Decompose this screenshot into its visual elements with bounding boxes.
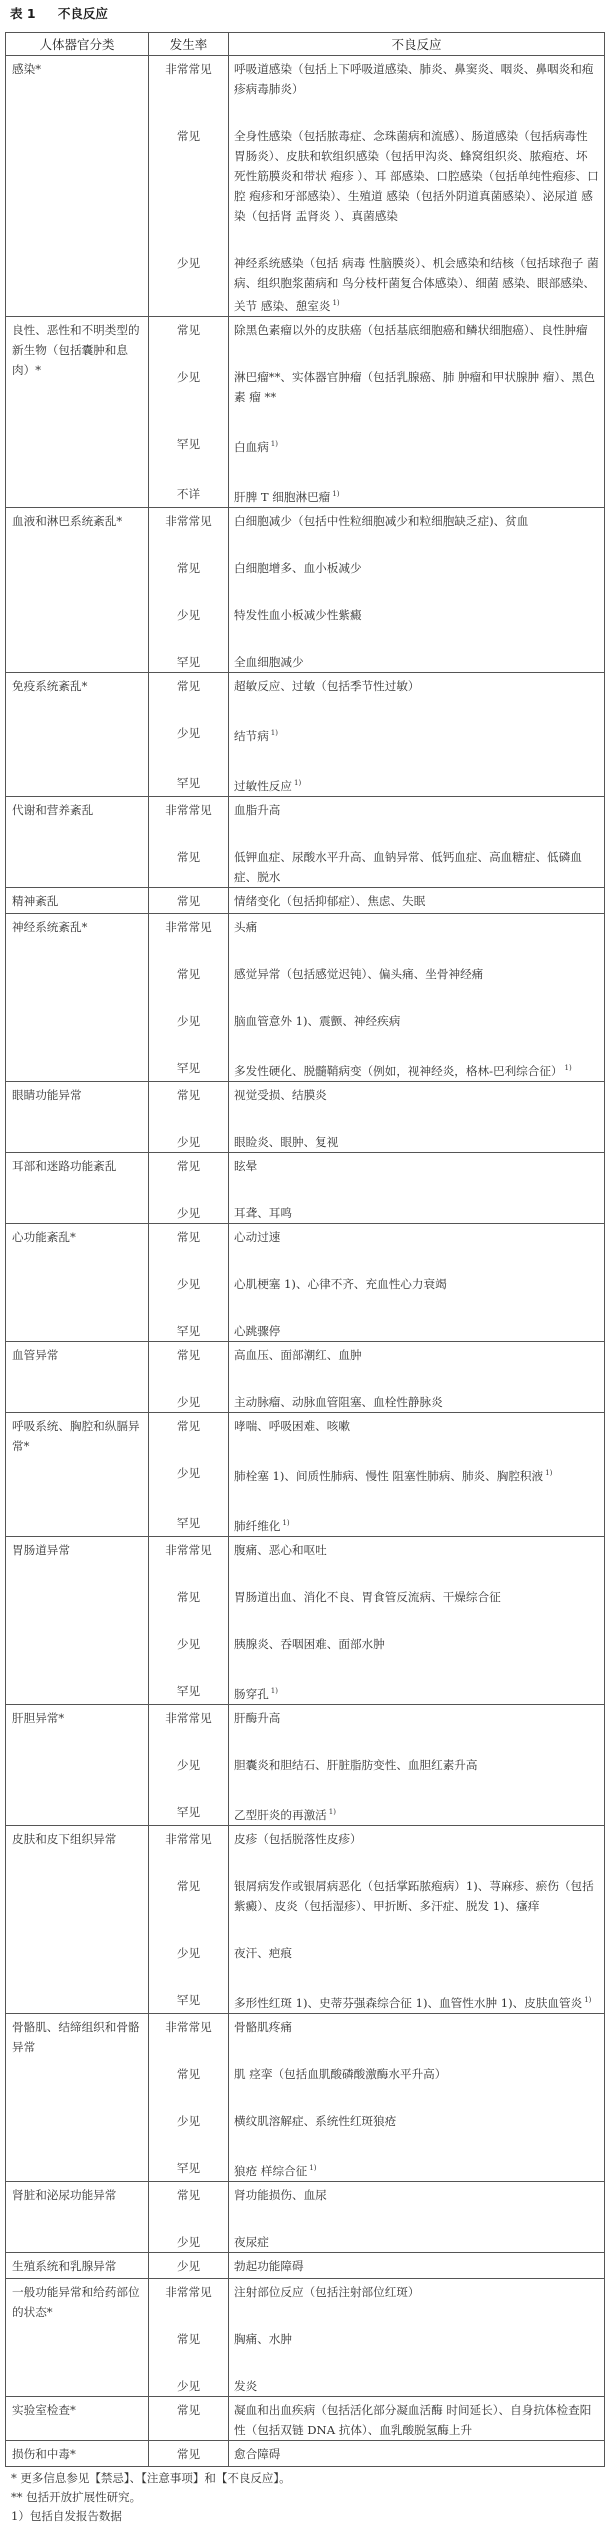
adverse-reaction-entry: 肠穿孔1): [229, 1678, 604, 1704]
adverse-reaction-entry: 高血压、面部潮红、血肿: [229, 1342, 604, 1365]
row-spacer: [229, 1849, 604, 1873]
adverse-reaction-text: 勃起功能障碍: [234, 2259, 304, 2273]
frequency-label: 少见: [149, 1940, 228, 1963]
table-row: 血液和淋巴系统紊乱*非常常见常见少见罕见白细胞减少（包括中性粒细胞减少和粒细胞缺…: [6, 508, 605, 673]
frequency-cell: 常见少见罕见: [149, 1413, 229, 1537]
adverse-reaction-entry: 心动过速: [229, 1224, 604, 1247]
adverse-reaction-entry: 夜汗、疤痕: [229, 1940, 604, 1963]
frequency-label: 少见: [149, 2108, 228, 2131]
footnote-double-asterisk: ** 包括开放扩展性研究。: [11, 2488, 604, 2507]
organ-class-cell: 肾脏和泌尿功能异常: [6, 2182, 149, 2253]
adverse-reaction-cell: 愈合障碍: [229, 2441, 605, 2467]
adverse-reaction-text: 感觉异常（包括感觉迟钝）、偏头痛、坐骨神经痛: [234, 967, 483, 981]
row-spacer: [229, 1916, 604, 1940]
adverse-reaction-text: 狼疮 样综合征: [234, 2164, 307, 2178]
adverse-reaction-entry: 超敏反应、过敏（包括季节性过敏）: [229, 673, 604, 696]
organ-class-cell: 眼睛功能异常: [6, 1082, 149, 1153]
frequency-label: 少见: [149, 1008, 228, 1031]
footnote-marker: 1): [309, 2164, 316, 2172]
table-row: 血管异常常见少见高血压、面部潮红、血肿主动脉瘤、动脉血管阻塞、血栓性静脉炎: [6, 1342, 605, 1413]
adverse-reaction-cell: 除黑色素瘤以外的皮肤癌（包括基底细胞癌和鳞状细胞癌）、良性肿瘤淋巴瘤**、实体器…: [229, 317, 605, 508]
row-spacer: [149, 226, 228, 250]
row-spacer: [229, 820, 604, 844]
organ-class-cell: 心功能紊乱*: [6, 1224, 149, 1342]
frequency-label: 常见: [149, 1342, 228, 1365]
adverse-reaction-entry: 胸痛、水肿: [229, 2326, 604, 2349]
adverse-reaction-entry: 注射部位反应（包括注射部位红斑）: [229, 2279, 604, 2302]
frequency-cell: 少见: [149, 2253, 229, 2279]
frequency-label: 少见: [149, 1460, 228, 1486]
adverse-reaction-text: 高血压、面部潮红、血肿: [234, 1348, 362, 1362]
adverse-reaction-text: 肺纤维化: [234, 1519, 280, 1533]
adverse-reaction-entry: 神经系统感染（包括 病毒 性脑膜炎）、机会感染和结核（包括球孢子 菌 病、组织胞…: [229, 250, 604, 316]
footnote-marker: 1): [565, 1064, 572, 1072]
adverse-reaction-text: 白血病: [234, 440, 269, 454]
table-caption: 表 1 不良反应: [10, 6, 604, 22]
frequency-cell: 常见少见罕见: [149, 1224, 229, 1342]
row-spacer: [149, 625, 228, 649]
adverse-reaction-cell: 腹痛、恶心和呕吐胃肠道出血、消化不良、胃食管反流病、干燥综合征胰腺炎、吞咽困难、…: [229, 1537, 605, 1705]
frequency-label: 常见: [149, 1082, 228, 1105]
adverse-reaction-text: 心肌梗塞 1)、心律不齐、充血性心力衰竭: [234, 1277, 447, 1291]
frequency-label: 非常常见: [149, 914, 228, 937]
row-spacer: [149, 578, 228, 602]
frequency-label: 少见: [149, 2373, 228, 2396]
adverse-reaction-cell: 血脂升高低钾血症、尿酸水平升高、血钠异常、低钙血症、高血糖症、低磷血症、脱水: [229, 797, 605, 888]
frequency-label: 常见: [149, 2441, 228, 2464]
frequency-cell: 常见: [149, 888, 229, 914]
adverse-reaction-entry: 心跳骤停: [229, 1318, 604, 1341]
frequency-label: 非常常见: [149, 1705, 228, 1728]
adverse-reaction-text: 多形性红斑 1)、史蒂芬强森综合征 1)、血管性水肿 1)、皮肤血管炎: [234, 1996, 582, 2010]
organ-class-cell: 一般功能异常和给药部位的状态*: [6, 2279, 149, 2397]
row-spacer: [149, 984, 228, 1008]
table-row: 生殖系统和乳腺异常少见勃起功能障碍: [6, 2253, 605, 2279]
adverse-reaction-entry: 肺栓塞 1)、间质性肺病、慢性 阻塞性肺病、肺炎、胸腔积液1): [229, 1460, 604, 1486]
row-spacer: [149, 2349, 228, 2373]
frequency-label: 少见: [149, 1200, 228, 1223]
frequency-label: 少见: [149, 364, 228, 407]
row-spacer: [229, 696, 604, 720]
organ-class-cell: 耳部和迷路功能紊乱: [6, 1153, 149, 1224]
frequency-label: 少见: [149, 1631, 228, 1654]
row-spacer: [149, 1486, 228, 1510]
adverse-reaction-text: 胸痛、水肿: [234, 2332, 292, 2346]
adverse-reaction-text: 凝血和出血疾病（包括活化部分凝血活酶 时间延长）、自身抗体检查阳性（包括双链 D…: [234, 2403, 591, 2437]
adverse-reactions-table: 人体器官分类 发生率 不良反应 感染*非常常见常见少见呼吸道感染（包括上下呼吸道…: [5, 32, 605, 2467]
frequency-cell: 非常常见常见少见罕见: [149, 508, 229, 673]
frequency-label: 常见: [149, 123, 228, 226]
adverse-reaction-entry: 全身性感染（包括脓毒症、念珠菌病和流感）、肠道感染（包括病毒性胃肠炎）、皮肤和软…: [229, 123, 604, 226]
table-title: 不良反应: [58, 6, 108, 21]
row-spacer: [229, 1963, 604, 1987]
row-spacer: [229, 2205, 604, 2229]
frequency-cell: 非常常见常见少见: [149, 56, 229, 317]
adverse-reaction-entry: 哮喘、呼吸困难、咳嗽: [229, 1413, 604, 1436]
adverse-reaction-text: 呼吸道感染（包括上下呼吸道感染、肺炎、鼻窦炎、咽炎、鼻咽炎和疱疹病毒肺炎）: [234, 62, 593, 96]
organ-class-cell: 血液和淋巴系统紊乱*: [6, 508, 149, 673]
row-spacer: [229, 1105, 604, 1129]
adverse-reaction-text: 超敏反应、过敏（包括季节性过敏）: [234, 679, 420, 693]
adverse-reaction-entry: 皮疹（包括脱落性皮疹）: [229, 1826, 604, 1849]
row-spacer: [149, 1775, 228, 1799]
adverse-reaction-entry: 脑血管意外 1)、震颤、神经疾病: [229, 1008, 604, 1031]
adverse-reaction-text: 结节病: [234, 729, 269, 743]
adverse-reaction-entry: 低钾血症、尿酸水平升高、血钠异常、低钙血症、高血糖症、低磷血症、脱水: [229, 844, 604, 887]
row-spacer: [149, 1607, 228, 1631]
table-row: 呼吸系统、胸腔和纵膈异常*常见少见罕见哮喘、呼吸困难、咳嗽肺栓塞 1)、间质性肺…: [6, 1413, 605, 1537]
frequency-cell: 常见: [149, 2441, 229, 2467]
adverse-reaction-cell: 皮疹（包括脱落性皮疹）银屑病发作或银屑病恶化（包括掌跖脓疱病）1)、荨麻疹、瘀伤…: [229, 1826, 605, 2014]
frequency-cell: 常见少见罕见不详: [149, 317, 229, 508]
frequency-cell: 非常常见常见少见罕见: [149, 1826, 229, 2014]
footnote-marker: 1): [271, 440, 278, 448]
adverse-reaction-text: 胃肠道出血、消化不良、胃食管反流病、干燥综合征: [234, 1590, 501, 1604]
adverse-reaction-entry: 结节病1): [229, 720, 604, 746]
adverse-reaction-entry: 血脂升高: [229, 797, 604, 820]
adverse-reaction-entry: 乙型肝炎的再激活1): [229, 1799, 604, 1825]
adverse-reaction-entry: 凝血和出血疾病（包括活化部分凝血活酶 时间延长）、自身抗体检查阳性（包括双链 D…: [229, 2397, 604, 2440]
frequency-label: 常见: [149, 1873, 228, 1916]
organ-class-cell: 神经系统紊乱*: [6, 914, 149, 1082]
row-spacer: [229, 2349, 604, 2373]
footnote-spontaneous-reports: 1）包括自发报告数据: [11, 2507, 604, 2526]
row-spacer: [149, 407, 228, 431]
table-row: 胃肠道异常非常常见常见少见罕见腹痛、恶心和呕吐胃肠道出血、消化不良、胃食管反流病…: [6, 1537, 605, 1705]
adverse-reaction-text: 肌 痉挛（包括血肌酸磷酸激酶水平升高）: [234, 2067, 446, 2081]
adverse-reaction-text: 银屑病发作或银屑病恶化（包括掌跖脓疱病）1)、荨麻疹、瘀伤（包括紫癜）、皮炎（包…: [234, 1879, 594, 1913]
footnote-marker: 1): [271, 729, 278, 737]
adverse-reaction-text: 横纹肌溶解症、系统性红斑狼疮: [234, 2114, 396, 2128]
footnote-marker: 1): [584, 1996, 591, 2004]
frequency-label: 罕见: [149, 1510, 228, 1536]
adverse-reaction-entry: 银屑病发作或银屑病恶化（包括掌跖脓疱病）1)、荨麻疹、瘀伤（包括紫癜）、皮炎（包…: [229, 1873, 604, 1916]
row-spacer: [149, 1963, 228, 1987]
footnote-marker: 1): [332, 490, 339, 498]
organ-class-cell: 骨骼肌、结缔组织和骨骼异常: [6, 2014, 149, 2182]
frequency-label: 常见: [149, 1584, 228, 1607]
adverse-reaction-entry: 多发性硬化、脱髓鞘病变（例如，视神经炎，格林-巴利综合征）1): [229, 1055, 604, 1081]
adverse-reaction-cell: 注射部位反应（包括注射部位红斑）胸痛、水肿发炎: [229, 2279, 605, 2397]
adverse-reaction-entry: 情绪变化（包括抑郁症）、焦虑、失眠: [229, 888, 604, 911]
row-spacer: [229, 1176, 604, 1200]
adverse-reaction-text: 心动过速: [234, 1230, 280, 1244]
adverse-reaction-text: 腹痛、恶心和呕吐: [234, 1543, 327, 1557]
frequency-label: 少见: [149, 602, 228, 625]
adverse-reaction-cell: 白细胞减少（包括中性粒细胞减少和粒细胞缺乏症)、贫血白细胞增多、血小板减少特发性…: [229, 508, 605, 673]
row-spacer: [149, 1105, 228, 1129]
organ-class-cell: 胃肠道异常: [6, 1537, 149, 1705]
frequency-label: 少见: [149, 250, 228, 316]
row-spacer: [149, 1654, 228, 1678]
frequency-label: 非常常见: [149, 797, 228, 820]
row-spacer: [229, 1775, 604, 1799]
adverse-reaction-cell: 肝酶升高胆囊炎和胆结石、肝脏脂肪变性、血胆红素升高乙型肝炎的再激活1): [229, 1705, 605, 1826]
footnote-marker: 1): [545, 1469, 552, 1477]
organ-class-cell: 精神紊乱: [6, 888, 149, 914]
frequency-label: 常见: [149, 2326, 228, 2349]
header-adverse-reaction: 不良反应: [229, 33, 605, 56]
row-spacer: [229, 407, 604, 431]
footnote-marker: 1): [294, 779, 301, 787]
adverse-reaction-text: 头痛: [234, 920, 257, 934]
frequency-label: 罕见: [149, 1799, 228, 1825]
frequency-label: 非常常见: [149, 2014, 228, 2037]
frequency-label: 罕见: [149, 649, 228, 672]
table-row: 良性、恶性和不明类型的新生物（包括囊肿和息肉）*常见少见罕见不详除黑色素瘤以外的…: [6, 317, 605, 508]
adverse-reaction-text: 肝酶升高: [234, 1711, 280, 1725]
frequency-cell: 非常常见常见少见罕见: [149, 1537, 229, 1705]
row-spacer: [229, 99, 604, 123]
adverse-reaction-cell: 情绪变化（包括抑郁症）、焦虑、失眠: [229, 888, 605, 914]
frequency-label: 常见: [149, 2182, 228, 2205]
frequency-label: 非常常见: [149, 1826, 228, 1849]
frequency-label: 常见: [149, 961, 228, 984]
frequency-label: 常见: [149, 2397, 228, 2440]
adverse-reaction-text: 肠穿孔: [234, 1687, 269, 1701]
frequency-label: 罕见: [149, 1987, 228, 2013]
adverse-reaction-text: 肺栓塞 1)、间质性肺病、慢性 阻塞性肺病、肺炎、胸腔积液: [234, 1469, 543, 1483]
table-row: 心功能紊乱*常见少见罕见心动过速心肌梗塞 1)、心律不齐、充血性心力衰竭心跳骤停: [6, 1224, 605, 1342]
table-row: 骨骼肌、结缔组织和骨骼异常非常常见常见少见罕见骨骼肌疼痛肌 痉挛（包括血肌酸磷酸…: [6, 2014, 605, 2182]
adverse-reaction-entry: 横纹肌溶解症、系统性红斑狼疮: [229, 2108, 604, 2131]
row-spacer: [229, 625, 604, 649]
adverse-reaction-text: 胆囊炎和胆结石、肝脏脂肪变性、血胆红素升高: [234, 1758, 477, 1772]
page: 表 1 不良反应 人体器官分类 发生率 不良反应 感染*非常常见常见少见呼吸道感…: [0, 0, 609, 2536]
frequency-label: 少见: [149, 1389, 228, 1412]
table-row: 免疫系统紊乱*常见少见罕见超敏反应、过敏（包括季节性过敏）结节病1)过敏性反应1…: [6, 673, 605, 797]
organ-class-cell: 代谢和营养紊乱: [6, 797, 149, 888]
adverse-reaction-cell: 呼吸道感染（包括上下呼吸道感染、肺炎、鼻窦炎、咽炎、鼻咽炎和疱疹病毒肺炎）全身性…: [229, 56, 605, 317]
adverse-reaction-entry: 耳聋、耳鸣: [229, 1200, 604, 1223]
table-row: 肝胆异常*非常常见少见罕见肝酶升高胆囊炎和胆结石、肝脏脂肪变性、血胆红素升高乙型…: [6, 1705, 605, 1826]
organ-class-cell: 实验室检查*: [6, 2397, 149, 2441]
adverse-reaction-text: 情绪变化（包括抑郁症）、焦虑、失眠: [234, 894, 425, 908]
frequency-cell: 常见少见: [149, 1153, 229, 1224]
footnote-marker: 1): [329, 1808, 336, 1816]
adverse-reaction-entry: 胰腺炎、吞咽困难、面部水肿: [229, 1631, 604, 1654]
table-row: 精神紊乱常见情绪变化（包括抑郁症）、焦虑、失眠: [6, 888, 605, 914]
adverse-reaction-text: 神经系统感染（包括 病毒 性脑膜炎）、机会感染和结核（包括球孢子 菌 病、组织胞…: [234, 256, 599, 313]
table-row: 皮肤和皮下组织异常非常常见常见少见罕见皮疹（包括脱落性皮疹）银屑病发作或银屑病恶…: [6, 1826, 605, 2014]
row-spacer: [229, 578, 604, 602]
adverse-reaction-text: 愈合障碍: [234, 2447, 280, 2461]
adverse-reaction-text: 眩晕: [234, 1159, 257, 1173]
row-spacer: [149, 1247, 228, 1271]
adverse-reaction-entry: 除黑色素瘤以外的皮肤癌（包括基底细胞癌和鳞状细胞癌）、良性肿瘤: [229, 317, 604, 340]
adverse-reaction-text: 皮疹（包括脱落性皮疹）: [234, 1832, 362, 1846]
frequency-label: 非常常见: [149, 1537, 228, 1560]
adverse-reaction-entry: 全血细胞减少: [229, 649, 604, 672]
table-body: 感染*非常常见常见少见呼吸道感染（包括上下呼吸道感染、肺炎、鼻窦炎、咽炎、鼻咽炎…: [6, 56, 605, 2467]
adverse-reaction-entry: 发炎: [229, 2373, 604, 2396]
frequency-label: 少见: [149, 2253, 228, 2276]
adverse-reaction-text: 夜尿症: [234, 2235, 269, 2249]
row-spacer: [229, 2037, 604, 2061]
organ-class-cell: 呼吸系统、胸腔和纵膈异常*: [6, 1413, 149, 1537]
adverse-reaction-cell: 超敏反应、过敏（包括季节性过敏）结节病1)过敏性反应1): [229, 673, 605, 797]
frequency-cell: 非常常见少见罕见: [149, 1705, 229, 1826]
adverse-reaction-entry: 胃肠道出血、消化不良、胃食管反流病、干燥综合征: [229, 1584, 604, 1607]
row-spacer: [229, 984, 604, 1008]
adverse-reaction-text: 乙型肝炎的再激活: [234, 1808, 327, 1822]
adverse-reaction-entry: 肾功能损伤、血尿: [229, 2182, 604, 2205]
adverse-reaction-entry: 过敏性反应1): [229, 770, 604, 796]
organ-class-cell: 损伤和中毒*: [6, 2441, 149, 2467]
adverse-reaction-cell: 心动过速心肌梗塞 1)、心律不齐、充血性心力衰竭心跳骤停: [229, 1224, 605, 1342]
adverse-reaction-text: 白细胞增多、血小板减少: [234, 561, 362, 575]
frequency-label: 不详: [149, 481, 228, 507]
organ-class-cell: 免疫系统紊乱*: [6, 673, 149, 797]
adverse-reaction-text: 低钾血症、尿酸水平升高、血钠异常、低钙血症、高血糖症、低磷血症、脱水: [234, 850, 582, 884]
adverse-reaction-entry: 白血病1): [229, 431, 604, 457]
adverse-reaction-cell: 高血压、面部潮红、血肿主动脉瘤、动脉血管阻塞、血栓性静脉炎: [229, 1342, 605, 1413]
adverse-reaction-text: 哮喘、呼吸困难、咳嗽: [234, 1419, 350, 1433]
adverse-reaction-entry: 肌 痉挛（包括血肌酸磷酸激酶水平升高）: [229, 2061, 604, 2084]
frequency-label: 罕见: [149, 2155, 228, 2181]
footnote-marker: 1): [271, 1687, 278, 1695]
frequency-label: 常见: [149, 1224, 228, 1247]
row-spacer: [149, 531, 228, 555]
adverse-reaction-entry: 夜尿症: [229, 2229, 604, 2252]
adverse-reaction-text: 耳聋、耳鸣: [234, 1206, 292, 1220]
frequency-label: 常见: [149, 1413, 228, 1436]
row-spacer: [149, 1436, 228, 1460]
frequency-label: 罕见: [149, 1055, 228, 1081]
row-spacer: [149, 746, 228, 770]
row-spacer: [149, 937, 228, 961]
table-row: 一般功能异常和给药部位的状态*非常常见常见少见注射部位反应（包括注射部位红斑）胸…: [6, 2279, 605, 2397]
adverse-reaction-text: 全身性感染（包括脓毒症、念珠菌病和流感）、肠道感染（包括病毒性胃肠炎）、皮肤和软…: [234, 129, 599, 223]
frequency-label: 常见: [149, 673, 228, 696]
row-spacer: [149, 820, 228, 844]
adverse-reaction-cell: 眩晕耳聋、耳鸣: [229, 1153, 605, 1224]
adverse-reaction-text: 眼睑炎、眼肿、复视: [234, 1135, 338, 1149]
adverse-reaction-text: 脑血管意外 1)、震颤、神经疾病: [234, 1014, 400, 1028]
row-spacer: [149, 696, 228, 720]
adverse-reaction-entry: 白细胞减少（包括中性粒细胞减少和粒细胞缺乏症)、贫血: [229, 508, 604, 531]
row-spacer: [229, 1654, 604, 1678]
row-spacer: [229, 1486, 604, 1510]
row-spacer: [149, 1365, 228, 1389]
adverse-reaction-text: 多发性硬化、脱髓鞘病变（例如，视神经炎，格林-巴利综合征）: [234, 1064, 563, 1078]
organ-class-cell: 感染*: [6, 56, 149, 317]
adverse-reaction-text: 视觉受损、结膜炎: [234, 1088, 327, 1102]
frequency-cell: 非常常见常见少见罕见: [149, 914, 229, 1082]
row-spacer: [229, 457, 604, 481]
frequency-label: 罕见: [149, 1678, 228, 1704]
table-row: 感染*非常常见常见少见呼吸道感染（包括上下呼吸道感染、肺炎、鼻窦炎、咽炎、鼻咽炎…: [6, 56, 605, 317]
frequency-label: 罕见: [149, 1318, 228, 1341]
row-spacer: [229, 1294, 604, 1318]
adverse-reaction-entry: 胆囊炎和胆结石、肝脏脂肪变性、血胆红素升高: [229, 1752, 604, 1775]
adverse-reaction-entry: 眼睑炎、眼肿、复视: [229, 1129, 604, 1152]
adverse-reaction-cell: 哮喘、呼吸困难、咳嗽肺栓塞 1)、间质性肺病、慢性 阻塞性肺病、肺炎、胸腔积液1…: [229, 1413, 605, 1537]
footnote-marker: 1): [282, 1519, 289, 1527]
adverse-reaction-entry: 勃起功能障碍: [229, 2253, 604, 2276]
row-spacer: [229, 2302, 604, 2326]
adverse-reaction-text: 肝脾 T 细胞淋巴瘤: [234, 490, 330, 504]
organ-class-cell: 血管异常: [6, 1342, 149, 1413]
adverse-reaction-cell: 头痛感觉异常（包括感觉迟钝）、偏头痛、坐骨神经痛脑血管意外 1)、震颤、神经疾病…: [229, 914, 605, 1082]
adverse-reaction-entry: 眩晕: [229, 1153, 604, 1176]
row-spacer: [229, 1247, 604, 1271]
table-number: 表 1: [10, 6, 36, 21]
table-row: 肾脏和泌尿功能异常常见少见肾功能损伤、血尿夜尿症: [6, 2182, 605, 2253]
row-spacer: [229, 340, 604, 364]
adverse-reaction-text: 肾功能损伤、血尿: [234, 2188, 327, 2202]
frequency-label: 常见: [149, 2061, 228, 2084]
frequency-label: 罕见: [149, 431, 228, 457]
adverse-reaction-entry: 腹痛、恶心和呕吐: [229, 1537, 604, 1560]
row-spacer: [149, 1560, 228, 1584]
adverse-reaction-text: 注射部位反应（包括注射部位红斑）: [234, 2285, 420, 2299]
header-organ-class: 人体器官分类: [6, 33, 149, 56]
row-spacer: [229, 1031, 604, 1055]
frequency-cell: 非常常见常见少见罕见: [149, 2014, 229, 2182]
adverse-reaction-text: 除黑色素瘤以外的皮肤癌（包括基底细胞癌和鳞状细胞癌）、良性肿瘤: [234, 323, 588, 337]
frequency-label: 少见: [149, 1752, 228, 1775]
adverse-reaction-entry: 呼吸道感染（包括上下呼吸道感染、肺炎、鼻窦炎、咽炎、鼻咽炎和疱疹病毒肺炎）: [229, 56, 604, 99]
frequency-cell: 常见少见罕见: [149, 673, 229, 797]
table-row: 实验室检查*常见凝血和出血疾病（包括活化部分凝血活酶 时间延长）、自身抗体检查阳…: [6, 2397, 605, 2441]
row-spacer: [149, 2131, 228, 2155]
row-spacer: [149, 340, 228, 364]
adverse-reaction-text: 骨骼肌疼痛: [234, 2020, 292, 2034]
table-row: 损伤和中毒*常见愈合障碍: [6, 2441, 605, 2467]
adverse-reaction-text: 主动脉瘤、动脉血管阻塞、血栓性静脉炎: [234, 1395, 443, 1409]
adverse-reaction-text: 白细胞减少（包括中性粒细胞减少和粒细胞缺乏症)、贫血: [234, 514, 528, 528]
adverse-reaction-entry: 骨骼肌疼痛: [229, 2014, 604, 2037]
adverse-reaction-entry: 淋巴瘤**、实体器官肿瘤（包括乳腺癌、肺 肿瘤和甲状腺肿 瘤）、黑色素 瘤 **: [229, 364, 604, 407]
frequency-label: 少见: [149, 1271, 228, 1294]
adverse-reaction-text: 全血细胞减少: [234, 655, 304, 669]
row-spacer: [149, 1176, 228, 1200]
frequency-cell: 常见少见: [149, 2182, 229, 2253]
adverse-reaction-text: 淋巴瘤**、实体器官肿瘤（包括乳腺癌、肺 肿瘤和甲状腺肿 瘤）、黑色素 瘤 **: [234, 370, 595, 404]
footnote-single-asterisk: * 更多信息参见【禁忌】、【注意事项】和【不良反应】。: [11, 2469, 604, 2488]
adverse-reaction-cell: 凝血和出血疾病（包括活化部分凝血活酶 时间延长）、自身抗体检查阳性（包括双链 D…: [229, 2397, 605, 2441]
footnote-marker: 1): [332, 299, 339, 307]
row-spacer: [229, 937, 604, 961]
frequency-label: 常见: [149, 888, 228, 911]
row-spacer: [149, 2037, 228, 2061]
adverse-reaction-entry: 肝脾 T 细胞淋巴瘤1): [229, 481, 604, 507]
frequency-label: 罕见: [149, 770, 228, 796]
row-spacer: [229, 226, 604, 250]
row-spacer: [229, 1607, 604, 1631]
adverse-reaction-entry: 视觉受损、结膜炎: [229, 1082, 604, 1105]
adverse-reaction-text: 胰腺炎、吞咽困难、面部水肿: [234, 1637, 385, 1651]
adverse-reaction-cell: 肾功能损伤、血尿夜尿症: [229, 2182, 605, 2253]
adverse-reaction-cell: 骨骼肌疼痛肌 痉挛（包括血肌酸磷酸激酶水平升高）横纹肌溶解症、系统性红斑狼疮狼疮…: [229, 2014, 605, 2182]
frequency-label: 少见: [149, 1129, 228, 1152]
adverse-reaction-entry: 愈合障碍: [229, 2441, 604, 2464]
adverse-reaction-text: 夜汗、疤痕: [234, 1946, 292, 1960]
row-spacer: [149, 1031, 228, 1055]
table-header-row: 人体器官分类 发生率 不良反应: [6, 33, 605, 56]
row-spacer: [229, 1436, 604, 1460]
row-spacer: [229, 1560, 604, 1584]
header-frequency: 发生率: [149, 33, 229, 56]
adverse-reaction-text: 过敏性反应: [234, 779, 292, 793]
adverse-reaction-entry: 主动脉瘤、动脉血管阻塞、血栓性静脉炎: [229, 1389, 604, 1412]
adverse-reaction-entry: 特发性血小板减少性紫癜: [229, 602, 604, 625]
adverse-reaction-entry: 狼疮 样综合征1): [229, 2155, 604, 2181]
row-spacer: [149, 1916, 228, 1940]
adverse-reaction-entry: 白细胞增多、血小板减少: [229, 555, 604, 578]
frequency-cell: 常见: [149, 2397, 229, 2441]
